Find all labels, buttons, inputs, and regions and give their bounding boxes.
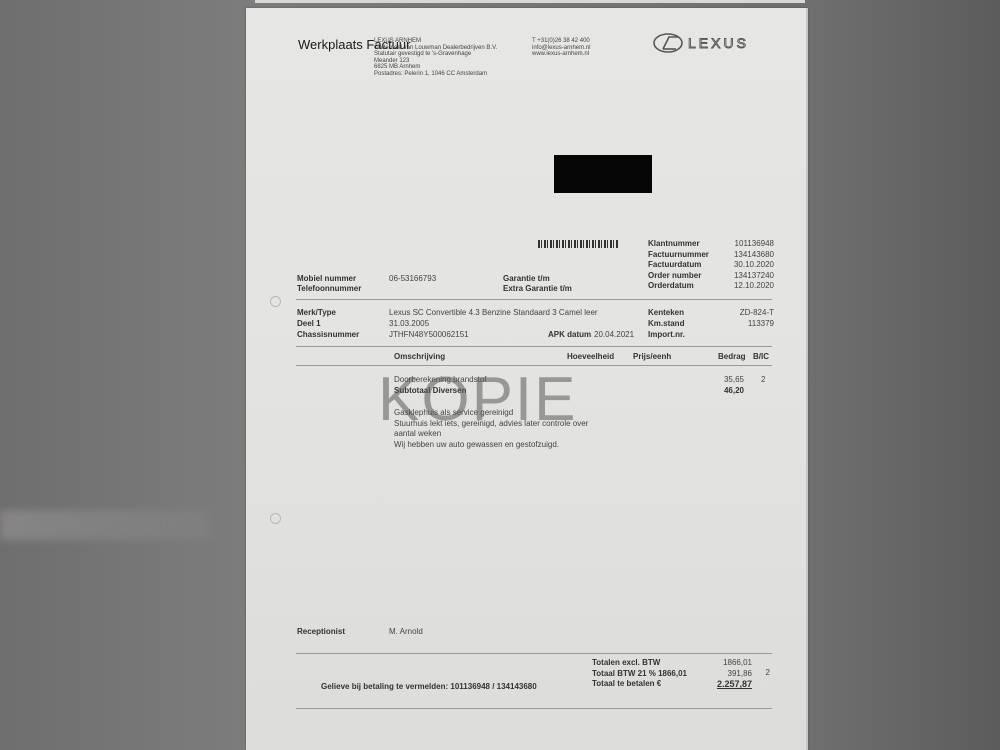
col-amount: Bedrag xyxy=(718,352,746,361)
divider xyxy=(296,653,772,654)
dealer-line: 6825 MB Arnhem xyxy=(374,64,497,71)
invoice-page: Werkplaats Factuur LEXUS ARNHEM Onderdee… xyxy=(246,8,808,750)
total-excl-vat-label: Totalen excl. BTW xyxy=(592,658,687,669)
line-bic: 2 xyxy=(761,375,765,384)
receptionist-name: M. Arnold xyxy=(389,627,423,636)
payment-reference-value: 101136948 / 134143680 xyxy=(450,682,536,691)
meta-label: Klantnummer xyxy=(648,239,709,250)
chassis-label: Chassisnummer xyxy=(297,330,359,339)
dealer-address: LEXUS ARNHEM Onderdeel van Louwman Deale… xyxy=(374,38,497,78)
divider xyxy=(296,299,772,300)
lexus-emblem-icon: LEXUS xyxy=(652,31,764,55)
totals-values: 1866,01 391,86 2.257,87 xyxy=(717,658,752,690)
meta-label: Factuurdatum xyxy=(648,260,709,271)
apk-value: 20.04.2021 xyxy=(594,330,634,339)
order-date: 12.10.2020 xyxy=(734,281,774,292)
punch-hole xyxy=(270,513,281,524)
punch-hole xyxy=(270,296,281,307)
chassis-value: JTHFN48Y500062151 xyxy=(389,330,469,339)
col-quantity: Hoeveelheid xyxy=(567,352,614,361)
order-number: 134137240 xyxy=(734,271,774,282)
col-unit-price: Prijs/eenh xyxy=(633,352,671,361)
receptionist-label: Receptionist xyxy=(297,627,345,636)
redacted-block xyxy=(554,155,652,193)
invoice-number: 134143680 xyxy=(734,250,774,261)
dealer-contact: T +31(0)26 38 42 400 info@lexus-arnhem.n… xyxy=(532,38,590,58)
warranty-label: Garantie t/m xyxy=(503,274,550,283)
mobile-label: Mobiel nummer xyxy=(297,274,356,283)
background-paper-edge xyxy=(255,0,805,3)
part1-label: Deel 1 xyxy=(297,319,321,328)
copy-watermark: KOPIE xyxy=(378,364,578,435)
invoice-date: 30.10.2020 xyxy=(734,260,774,271)
meta-label: Factuurnummer xyxy=(648,250,709,261)
part1-value: 31.03.2005 xyxy=(389,319,429,328)
mobile-value: 06-53166793 xyxy=(389,274,436,283)
amount-due: 2.257,87 xyxy=(717,679,752,690)
contact-email: info@lexus-arnhem.nl xyxy=(532,45,590,52)
customer-number: 101136948 xyxy=(734,239,774,250)
vat-bic-code: 2 xyxy=(766,668,770,677)
km-value: 113379 xyxy=(748,319,774,328)
invoice-meta-values: 101136948 134143680 30.10.2020 134137240… xyxy=(734,239,774,292)
barcode xyxy=(538,240,618,248)
payment-reference-label: Gelieve bij betaling te vermelden: xyxy=(321,682,448,691)
page-edge xyxy=(806,8,808,750)
vat-total-label: Totaal BTW 21 % 1866,01 xyxy=(592,669,687,680)
meta-label: Orderdatum xyxy=(648,281,709,292)
amount-due-label: Totaal te betalen € xyxy=(592,679,687,690)
line-amount: 35,65 xyxy=(724,375,744,384)
col-description: Omschrijving xyxy=(394,352,445,361)
contact-phone: T +31(0)26 38 42 400 xyxy=(532,38,590,45)
vat-total: 391,86 xyxy=(717,669,752,680)
screen-glare xyxy=(0,510,210,540)
dealer-line: Onderdeel van Louwman Dealerbedrijven B.… xyxy=(374,45,497,52)
svg-text:LEXUS: LEXUS xyxy=(688,35,749,51)
dealer-line: Postadres: Pelerin 1, 1046 CC Amsterdam xyxy=(374,71,497,78)
meta-label: Order number xyxy=(648,271,709,282)
col-bic: B/IC xyxy=(753,352,769,361)
divider xyxy=(296,346,772,347)
make-value: Lexus SC Convertible 4.3 Benzine Standaa… xyxy=(389,308,598,317)
dealer-line: Statutair gevestigd te 's-Gravenhage xyxy=(374,51,497,58)
totals-labels: Totalen excl. BTW Totaal BTW 21 % 1866,0… xyxy=(592,658,687,690)
apk-label: APK datum xyxy=(548,330,591,339)
subtotal-amount: 46,20 xyxy=(724,386,744,395)
dealer-line: Meander 123 xyxy=(374,58,497,65)
km-label: Km.stand xyxy=(648,319,684,328)
plate-value: ZD-824-T xyxy=(740,308,774,317)
total-excl-vat: 1866,01 xyxy=(717,658,752,669)
divider xyxy=(296,708,772,709)
invoice-meta-labels: Klantnummer Factuurnummer Factuurdatum O… xyxy=(648,239,709,292)
note-line: Wij hebben uw auto gewassen en gestofzui… xyxy=(394,440,588,451)
plate-label: Kenteken xyxy=(648,308,684,317)
make-label: Merk/Type xyxy=(297,308,336,317)
dealer-name: LEXUS ARNHEM xyxy=(374,38,497,45)
import-label: Import.nr. xyxy=(648,330,685,339)
lexus-logo: LEXUS xyxy=(652,31,764,55)
contact-website: www.lexus-arnhem.nl xyxy=(532,51,590,58)
payment-reference: Gelieve bij betaling te vermelden: 10113… xyxy=(321,682,537,691)
extra-warranty-label: Extra Garantie t/m xyxy=(503,284,572,293)
phone-label: Telefoonnummer xyxy=(297,284,361,293)
